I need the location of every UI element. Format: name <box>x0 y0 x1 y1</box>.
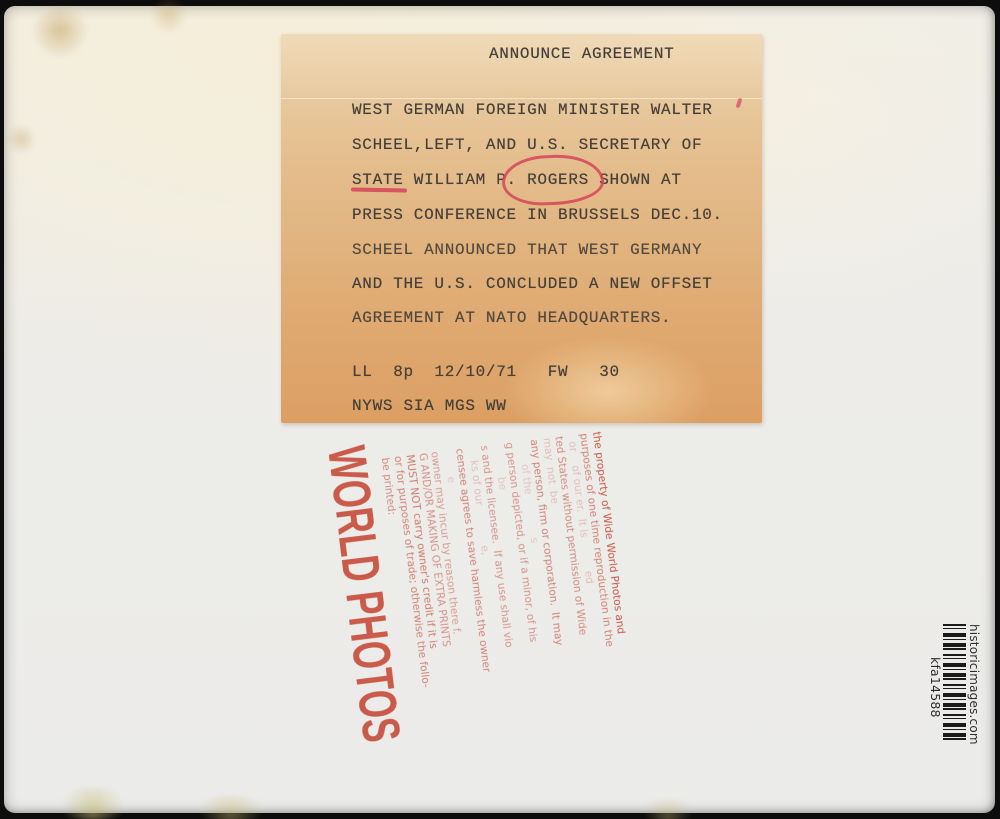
stain-bottom-left <box>54 788 132 819</box>
red-ink-speck <box>736 98 743 109</box>
barcode <box>943 624 966 744</box>
stain-bottom-right <box>636 800 700 819</box>
caption-line: WEST GERMAN FOREIGN MINISTER WALTER <box>352 101 713 119</box>
stain-left-edge <box>8 120 34 158</box>
archive-site-label: historicimages.com <box>967 624 980 746</box>
caption-line: SCHEEL ANNOUNCED THAT WEST GERMANY <box>352 241 702 259</box>
stain-top <box>146 0 192 32</box>
scheel-underline-annotation <box>351 187 407 192</box>
caption-line: SCHEEL,LEFT, AND U.S. SECRETARY OF <box>352 136 702 154</box>
archive-barcode-unit: historicimages.com kfa14588 <box>929 624 980 746</box>
wide-world-photos-stamp: the property of Wide World Photos and pu… <box>321 431 638 763</box>
caption-label: ANNOUNCE AGREEMENT WEST GERMAN FOREIGN M… <box>281 34 762 423</box>
archive-catalog-number: kfa14588 <box>929 657 942 746</box>
photo-verso-scan: { "caption_label": { "title": "ANNOUNCE … <box>0 0 1000 819</box>
slug-line: LL 8p 12/10/71 FW 30 <box>352 363 620 381</box>
stain-top-left <box>32 6 94 60</box>
caption-line: AND THE U.S. CONCLUDED A NEW OFFSET <box>352 275 713 293</box>
caption-line: PRESS CONFERENCE IN BRUSSELS DEC.10. <box>352 206 723 224</box>
stain-bottom <box>190 796 272 819</box>
scanned-paper-background: ANNOUNCE AGREEMENT WEST GERMAN FOREIGN M… <box>4 6 995 813</box>
rogers-circle-annotation <box>501 153 605 207</box>
caption-title: ANNOUNCE AGREEMENT <box>489 45 674 63</box>
caption-line: AGREEMENT AT NATO HEADQUARTERS. <box>352 309 671 327</box>
credit-line: NYWS SIA MGS WW <box>352 397 507 415</box>
label-top-seam <box>281 34 762 99</box>
